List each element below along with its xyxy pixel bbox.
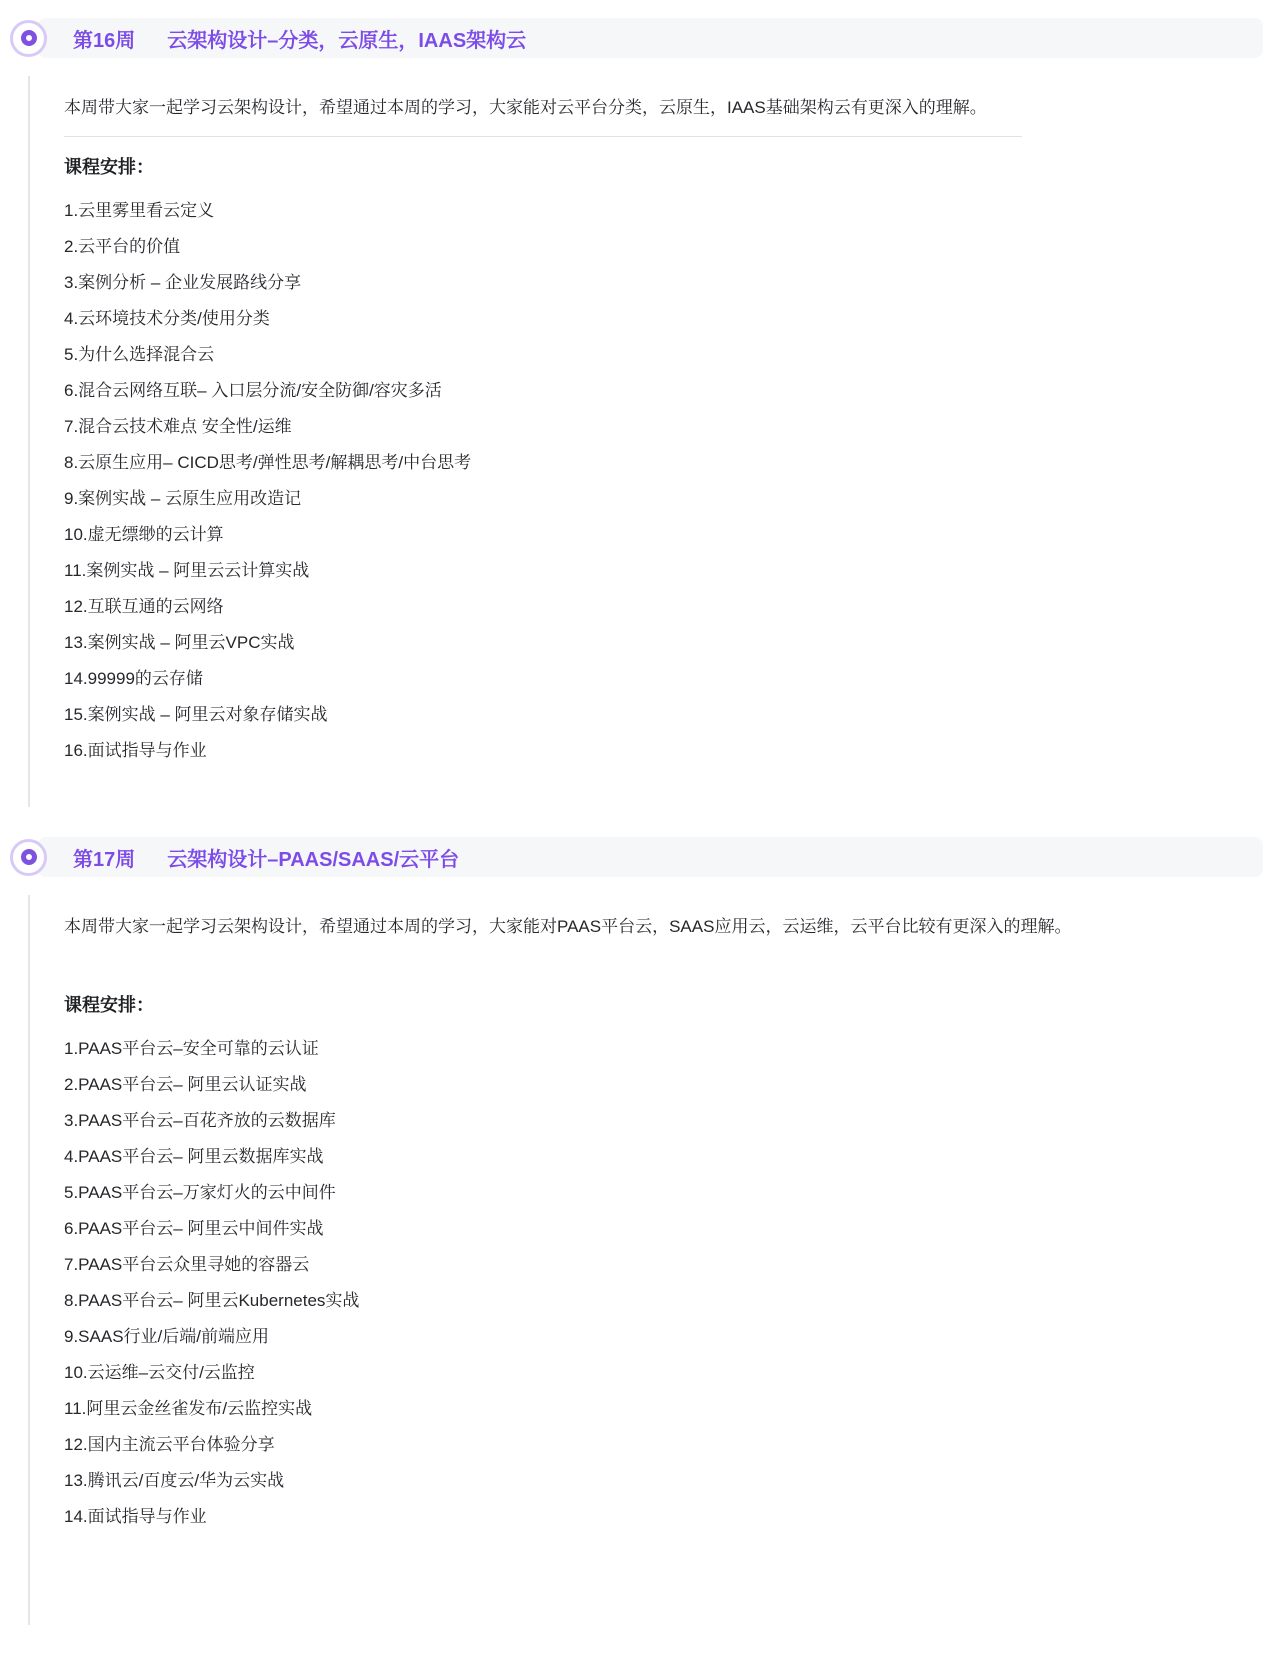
week-17-header-bar: 第17周 云架构设计–PAAS/SAAS/云平台: [38, 837, 1263, 877]
lesson-item: 7.混合云技术难点 安全性/运维: [64, 409, 1192, 445]
lesson-item: 11.案例实战 – 阿里云云计算实战: [64, 553, 1192, 589]
lesson-item: 14.面试指导与作业: [64, 1499, 1192, 1535]
lesson-item: 6.混合云网络互联– 入口层分流/安全防御/容灾多活: [64, 373, 1192, 409]
lesson-item: 6.PAAS平台云– 阿里云中间件实战: [64, 1211, 1192, 1247]
course-outline-page: 第16周 云架构设计–分类，云原生，IAAS架构云 本周带大家一起学习云架构设计…: [0, 0, 1276, 1654]
lesson-item: 2.云平台的价值: [64, 229, 1192, 265]
section-divider: [64, 136, 1022, 137]
lesson-item: 14.99999的云存储: [64, 661, 1192, 697]
week-marker-dot-icon: [21, 30, 37, 46]
week-16-header: 第16周 云架构设计–分类，云原生，IAAS架构云: [0, 16, 1263, 60]
week-16-header-bar: 第16周 云架构设计–分类，云原生，IAAS架构云: [38, 18, 1263, 58]
week-title: 云架构设计–PAAS/SAAS/云平台: [167, 843, 459, 872]
lesson-item: 9.案例实战 – 云原生应用改造记: [64, 481, 1192, 517]
week-description: 本周带大家一起学习云架构设计，希望通过本周的学习，大家能对PAAS平台云，SAA…: [64, 909, 1192, 945]
week-16-section: 第16周 云架构设计–分类，云原生，IAAS架构云 本周带大家一起学习云架构设计…: [0, 16, 1276, 807]
week-16-body: 本周带大家一起学习云架构设计，希望通过本周的学习，大家能对云平台分类，云原生，I…: [28, 76, 1276, 807]
lesson-item: 3.案例分析 – 企业发展路线分享: [64, 265, 1192, 301]
lesson-item: 12.互联互通的云网络: [64, 589, 1192, 625]
week-17-header: 第17周 云架构设计–PAAS/SAAS/云平台: [0, 835, 1263, 879]
lesson-item: 5.为什么选择混合云: [64, 337, 1192, 373]
lesson-item: 10.虚无缥缈的云计算: [64, 517, 1192, 553]
lesson-item: 9.SAAS行业/后端/前端应用: [64, 1319, 1192, 1355]
lesson-item: 10.云运维–云交付/云监控: [64, 1355, 1192, 1391]
lesson-item: 7.PAAS平台云众里寻她的容器云: [64, 1247, 1192, 1283]
lesson-item: 5.PAAS平台云–万家灯火的云中间件: [64, 1175, 1192, 1211]
week-description: 本周带大家一起学习云架构设计，希望通过本周的学习，大家能对云平台分类，云原生，I…: [64, 90, 1192, 126]
week-marker-dot-icon: [21, 849, 37, 865]
lesson-item: 16.面试指导与作业: [64, 733, 1192, 769]
lesson-item: 12.国内主流云平台体验分享: [64, 1427, 1192, 1463]
week-marker-icon: [10, 20, 47, 57]
lesson-item: 8.PAAS平台云– 阿里云Kubernetes实战: [64, 1283, 1192, 1319]
lesson-item: 1.PAAS平台云–安全可靠的云认证: [64, 1031, 1192, 1067]
lesson-item: 1.云里雾里看云定义: [64, 193, 1192, 229]
lesson-item: 8.云原生应用– CICD思考/弹性思考/解耦思考/中台思考: [64, 445, 1192, 481]
lesson-item: 13.案例实战 – 阿里云VPC实战: [64, 625, 1192, 661]
week-17-body: 本周带大家一起学习云架构设计，希望通过本周的学习，大家能对PAAS平台云，SAA…: [28, 895, 1276, 1625]
week-17-section: 第17周 云架构设计–PAAS/SAAS/云平台 本周带大家一起学习云架构设计，…: [0, 835, 1276, 1625]
week-label: 第16周: [73, 24, 135, 53]
lesson-item: 3.PAAS平台云–百花齐放的云数据库: [64, 1103, 1192, 1139]
lesson-item: 15.案例实战 – 阿里云对象存储实战: [64, 697, 1192, 733]
week-label: 第17周: [73, 843, 135, 872]
lesson-item: 13.腾讯云/百度云/华为云实战: [64, 1463, 1192, 1499]
lesson-item: 4.云环境技术分类/使用分类: [64, 301, 1192, 337]
lesson-list: 1.PAAS平台云–安全可靠的云认证 2.PAAS平台云– 阿里云认证实战 3.…: [64, 1031, 1192, 1535]
schedule-label: 课程安排：: [64, 149, 1192, 185]
lesson-item: 2.PAAS平台云– 阿里云认证实战: [64, 1067, 1192, 1103]
week-marker-icon: [10, 839, 47, 876]
schedule-label: 课程安排：: [64, 987, 1192, 1023]
lesson-item: 4.PAAS平台云– 阿里云数据库实战: [64, 1139, 1192, 1175]
week-title: 云架构设计–分类，云原生，IAAS架构云: [167, 24, 526, 53]
lesson-item: 11.阿里云金丝雀发布/云监控实战: [64, 1391, 1192, 1427]
lesson-list: 1.云里雾里看云定义 2.云平台的价值 3.案例分析 – 企业发展路线分享 4.…: [64, 193, 1192, 769]
